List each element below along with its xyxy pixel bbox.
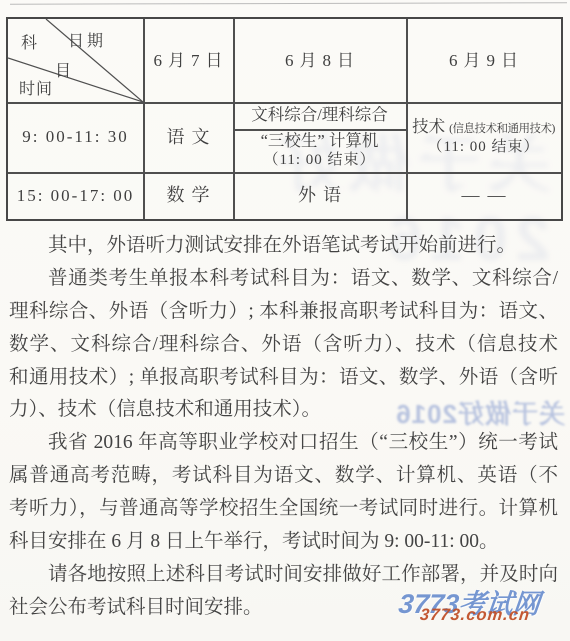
technology-note: (信息技术和通用技术) <box>449 123 555 135</box>
corner-label-subject2: 目 <box>55 58 71 81</box>
cell-sanxiaosheng-line1: “三校生” 计算机 <box>261 131 379 152</box>
paragraph-line: 属普通高考范畴，考试科目为语文、数学、计算机、英语（不 <box>9 460 558 493</box>
paragraph-line: 考听力），与普通高等学校招生全国统一考试同时进行。计算机 <box>9 493 558 526</box>
exam-schedule-table: 科 日期 目 时间 6月7日 6月8日 6月9日 9: 00-11: 30 语文… <box>6 17 563 221</box>
cell-time-afternoon: 15: 00-17: 00 <box>8 172 143 219</box>
header-jun8: 6月8日 <box>233 19 406 102</box>
document-page: 关于做好2016 科 日期 目 时间 6月7日 6月8日 6月9日 9: 00-… <box>0 0 570 641</box>
body-text: 其中，外语听力测试安排在外语笔试考试开始前进行。 普通类考生单报本科考试科目为：… <box>0 230 570 625</box>
header-jun9: 6月9日 <box>406 19 561 102</box>
cell-technology: 技术 (信息技术和通用技术) （11: 00 结束） <box>406 102 561 172</box>
scan-artifact-line <box>10 2 567 4</box>
paragraph-line: 我省 2016 年高等职业学校对口招生（“三校生”）统一考试 <box>9 427 558 460</box>
paragraph-line: 科目安排在 6 月 8 日上午举行，考试时间为 9: 00-11: 00。 <box>9 526 558 559</box>
cell-math: 数学 <box>143 172 233 219</box>
cell-foreign-language: 外语 <box>233 172 406 219</box>
technology-label: 技术 <box>412 117 445 136</box>
cell-sanxiaosheng-line2: （11: 00 结束） <box>263 151 375 170</box>
paragraph-line: 数学、文科综合/理科综合、外语（含听力）、技术（信息技术 <box>9 329 558 362</box>
cell-technology-line1: 技术 (信息技术和通用技术) <box>412 117 555 138</box>
cell-chinese: 语文 <box>143 102 233 172</box>
cell-no-exam-dash: —— <box>406 172 561 219</box>
cell-technology-line2: （11: 00 结束） <box>427 138 539 157</box>
header-jun7: 6月7日 <box>143 19 233 102</box>
diagonal-header-cell: 科 日期 目 时间 <box>8 19 143 102</box>
watermark-site-url: 3773.com.cn <box>419 606 531 625</box>
paragraph-line: 普通类考生单报本科考试科目为：语文、数学、文科综合/ <box>9 263 558 296</box>
paragraph-line: 理科综合、外语（含听力）; 本科兼报高职考试科目为：语文、 <box>9 296 558 329</box>
paragraph-line: 力）、技术（信息技术和通用技术）。 <box>9 394 558 427</box>
paragraph-line: 其中，外语听力测试安排在外语笔试考试开始前进行。 <box>9 230 558 263</box>
cell-comprehensive: 文科综合/理科综合 <box>233 102 406 129</box>
cell-sanxiaosheng-computer: “三校生” 计算机 （11: 00 结束） <box>233 129 406 172</box>
corner-label-time: 时间 <box>19 76 53 99</box>
corner-label-date: 日期 <box>68 28 106 51</box>
paragraph-line: 和通用技术）; 单报高职考试科目为：语文、数学、外语（含听 <box>9 362 558 395</box>
corner-label-subject: 科 <box>21 30 37 53</box>
cell-time-morning: 9: 00-11: 30 <box>8 102 143 172</box>
